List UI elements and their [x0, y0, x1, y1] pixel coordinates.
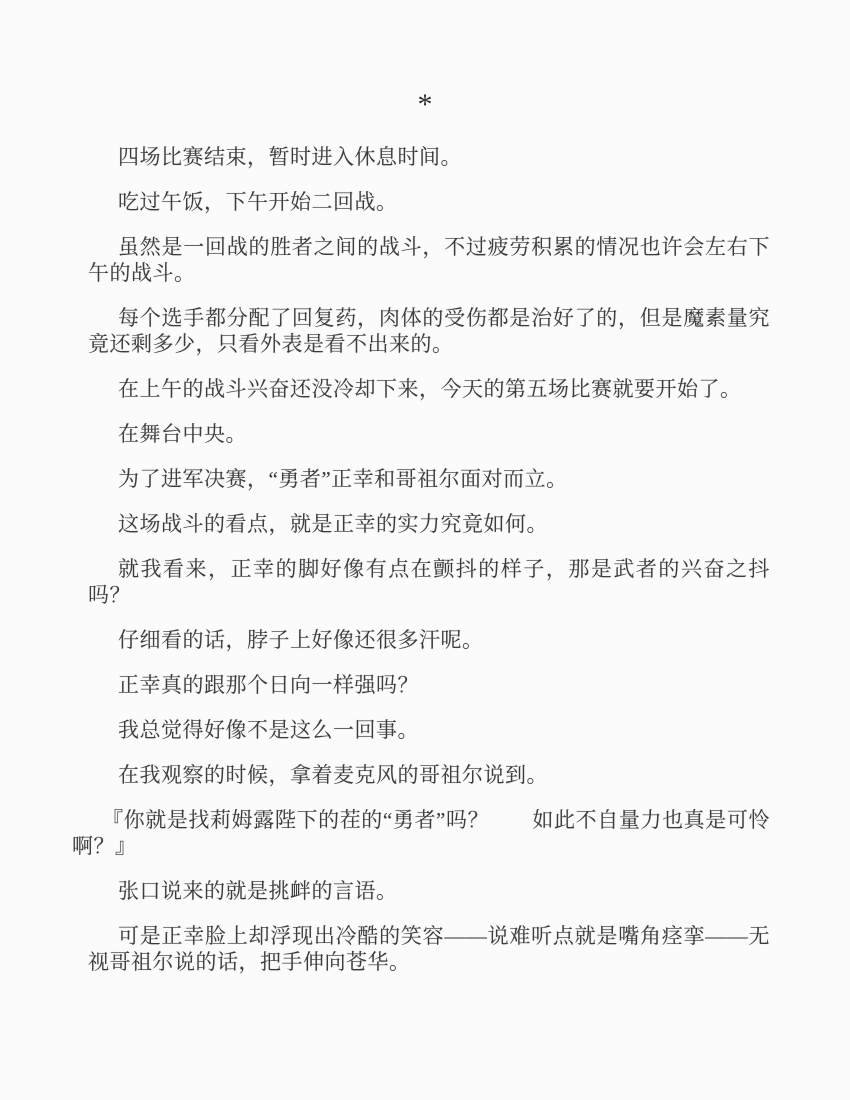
paragraph-2: 吃过午饭，下午开始二回战。 — [88, 189, 770, 215]
paragraph-13: 在我观察的时候，拿着麦克风的哥祖尔说到。 — [88, 762, 770, 788]
section-divider-asterisk: * — [0, 0, 850, 122]
paragraph-10: 仔细看的话，脖子上好像还很多汗呢。 — [88, 627, 770, 653]
paragraph-16: 可是正幸脸上却浮现出冷酷的笑容——说难听点就是嘴角痉挛——无视哥祖尔说的话，把手… — [88, 923, 770, 975]
paragraph-3: 虽然是一回战的胜者之间的战斗，不过疲劳积累的情况也许会左右下午的战斗。 — [88, 234, 770, 286]
paragraph-4: 每个选手都分配了回复药，肉体的受伤都是治好了的，但是魔素量究竟还剩多少，只看外表… — [88, 305, 770, 357]
paragraph-9: 就我看来，正幸的脚好像有点在颤抖的样子，那是武者的兴奋之抖吗？ — [88, 556, 770, 608]
paragraph-1: 四场比赛结束，暂时进入休息时间。 — [88, 144, 770, 170]
paragraph-7: 为了进军决赛，“勇者”正幸和哥祖尔面对而立。 — [88, 466, 770, 492]
page-background: { "page": { "background_color": "#fbfbfb… — [0, 0, 850, 1100]
paragraph-8: 这场战斗的看点，就是正幸的实力究竟如何。 — [88, 511, 770, 537]
text-content: 四场比赛结束，暂时进入休息时间。 吃过午饭，下午开始二回战。 虽然是一回战的胜者… — [72, 144, 770, 975]
paragraph-14-dialogue-quote: 『你就是找莉姆露陛下的茬的“勇者”吗？ 如此不自量力也真是可怜啊？』 — [72, 807, 770, 859]
paragraph-11: 正幸真的跟那个日向一样强吗？ — [88, 672, 770, 698]
paragraph-5: 在上午的战斗兴奋还没冷却下来，今天的第五场比赛就要开始了。 — [88, 376, 770, 402]
novel-page: * 四场比赛结束，暂时进入休息时间。 吃过午饭，下午开始二回战。 虽然是一回战的… — [0, 0, 850, 1100]
paragraph-15: 张口说来的就是挑衅的言语。 — [88, 878, 770, 904]
paragraph-6: 在舞台中央。 — [88, 421, 770, 447]
paragraph-12: 我总觉得好像不是这么一回事。 — [88, 717, 770, 743]
